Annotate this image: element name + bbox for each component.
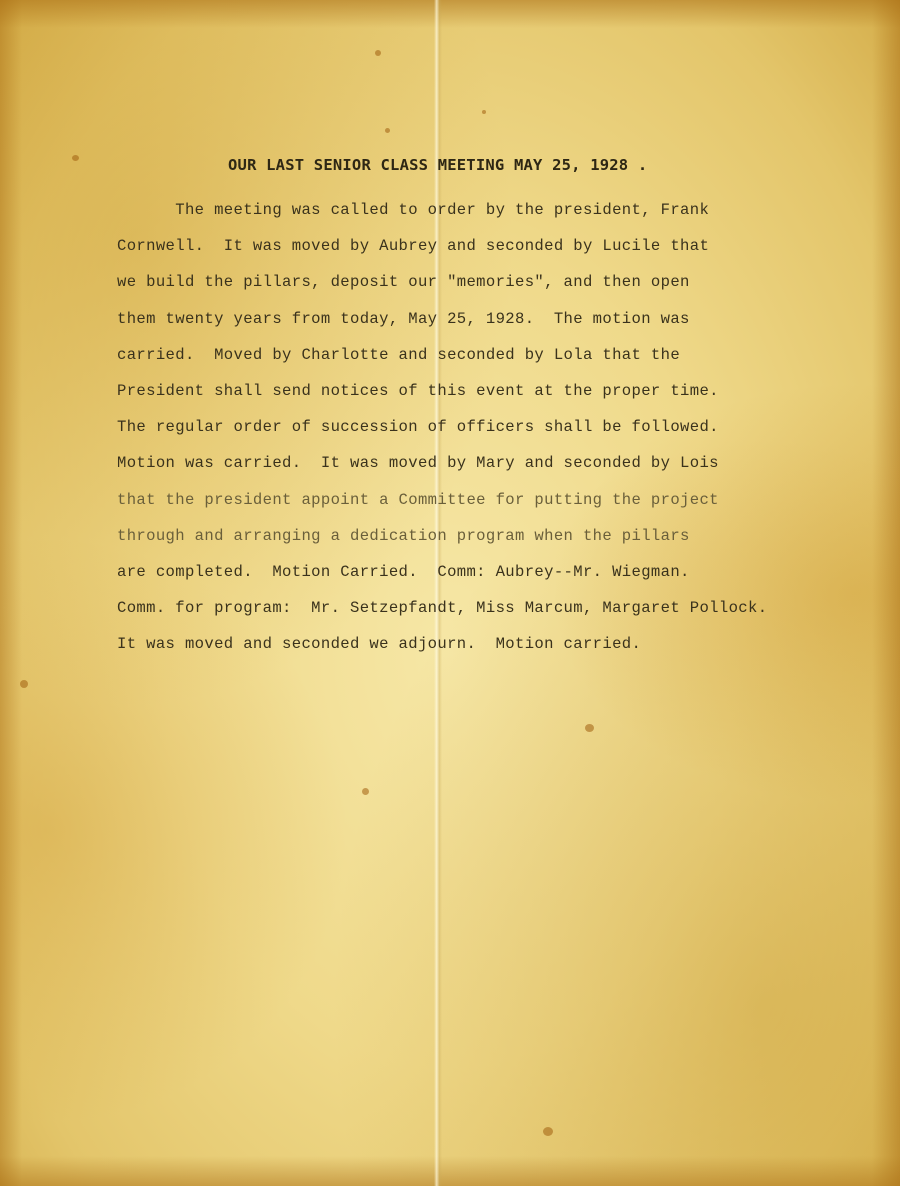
stain-spot [585, 724, 594, 732]
text-line: President shall send notices of this eve… [117, 373, 877, 409]
text-line: are completed. Motion Carried. Comm: Aub… [117, 554, 877, 590]
text-line: through and arranging a dedication progr… [117, 518, 877, 554]
stain-spot [20, 680, 28, 688]
document-title: OUR LAST SENIOR CLASS MEETING MAY 25, 19… [228, 156, 647, 174]
paper-edge-bottom [0, 1156, 900, 1186]
text-line: them twenty years from today, May 25, 19… [117, 301, 877, 337]
text-line: The meeting was called to order by the p… [117, 192, 877, 228]
meeting-minutes-body: The meeting was called to order by the p… [117, 192, 877, 663]
paper-edge-left [0, 0, 22, 1186]
text-line: The regular order of succession of offic… [117, 409, 877, 445]
stain-spot [543, 1127, 553, 1136]
text-line: Comm. for program: Mr. Setzepfandt, Miss… [117, 590, 877, 626]
text-line: that the president appoint a Committee f… [117, 482, 877, 518]
text-line: Motion was carried. It was moved by Mary… [117, 445, 877, 481]
text-line: carried. Moved by Charlotte and seconded… [117, 337, 877, 373]
stain-spot [385, 128, 390, 133]
stain-spot [375, 50, 381, 56]
text-line: we build the pillars, deposit our "memor… [117, 264, 877, 300]
stain-spot [362, 788, 369, 795]
text-line: It was moved and seconded we adjourn. Mo… [117, 626, 877, 662]
stain-spot [482, 110, 486, 114]
text-line: Cornwell. It was moved by Aubrey and sec… [117, 228, 877, 264]
stain-spot [72, 155, 79, 161]
paper-edge-top [0, 0, 900, 28]
typed-document-page: OUR LAST SENIOR CLASS MEETING MAY 25, 19… [0, 0, 900, 1186]
